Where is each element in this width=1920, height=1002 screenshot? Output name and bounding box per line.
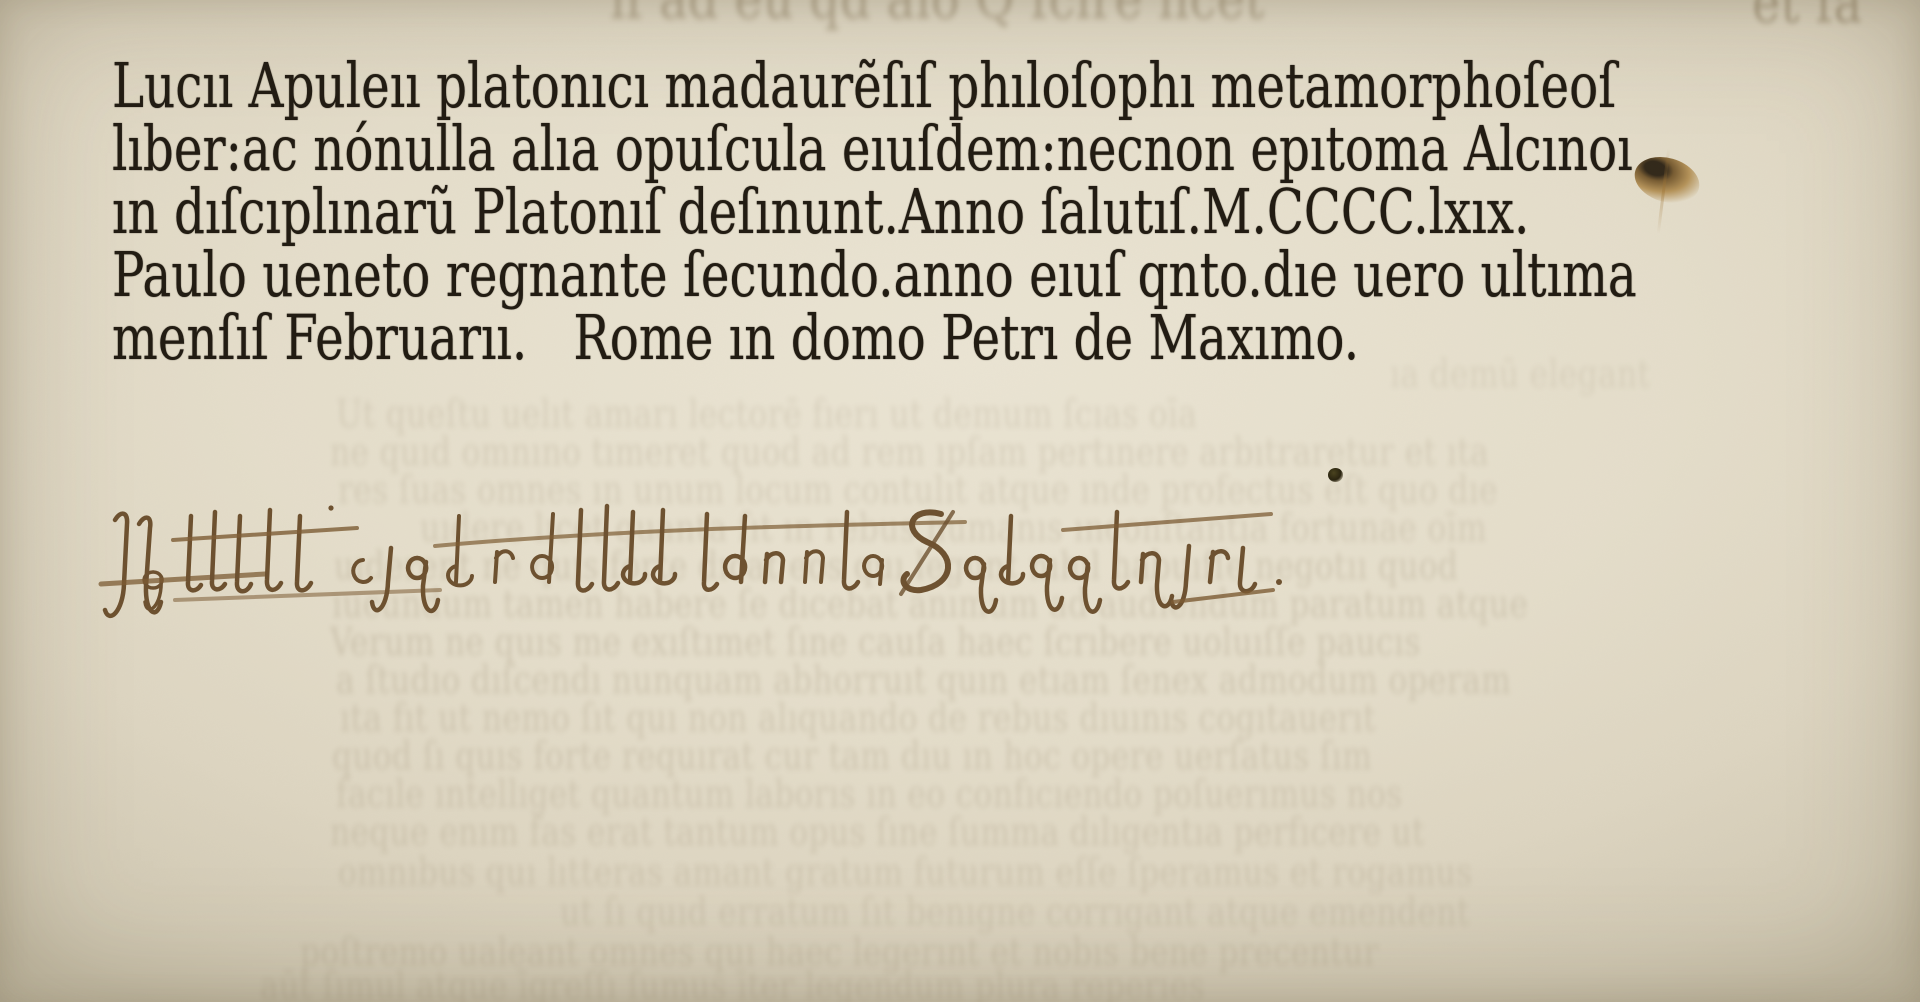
showthrough-line: a ſtudıo dıſcendı nunquam abhorruıt quın… bbox=[336, 658, 1511, 702]
colophon-line-3: ın dıſcıplınarũ Platonıſ deſınunt.Anno ſ… bbox=[112, 180, 1637, 243]
colophon-line-5: menſıſ Februarıı. Rome ın domo Petrı de … bbox=[112, 306, 1637, 369]
showthrough-line: Ut queſtu uelıt amarı lectorē fıerı ut d… bbox=[336, 392, 1197, 436]
showthrough-line: facıle ıntellıget quantum laborıs ın eo … bbox=[336, 772, 1403, 816]
incunable-page: ıſ ad eũ qd aīo Q ſcıre lıcetet ſaıa dem… bbox=[0, 0, 1920, 1002]
showthrough-line: ne quıd omnıno tımeret quod ad rem ıpſam… bbox=[330, 430, 1489, 474]
colophon-line-1: Lucıı Apuleıı platonıcı madaurẽſıſ phılo… bbox=[112, 54, 1637, 117]
showthrough-line: res ſuas omnes ın unum locum contulıt at… bbox=[338, 468, 1498, 512]
showthrough-line: aūt ſımul atque īgreſſı ſumus īter legen… bbox=[260, 964, 1205, 1002]
showthrough-line: uıdere lıcet quanta ſıt ın rebus humanıs… bbox=[420, 506, 1487, 550]
showthrough-line: neque enım fas erat tantum opus ſıne ſum… bbox=[330, 810, 1425, 854]
showthrough-line: ıſ ad eũ qd aīo Q ſcıre lıcet bbox=[610, 0, 1265, 32]
showthrough-line: ıta fıt ut nemo ſıt quı non alıquando de… bbox=[340, 696, 1376, 740]
colophon-block: Lucıı Apuleıı platonıcı madaurẽſıſ phılo… bbox=[112, 54, 1920, 369]
manuscript-inscription bbox=[95, 486, 1285, 646]
showthrough-line: Verum ne quıs me exıſtımet ſıne cauſa ha… bbox=[330, 620, 1421, 664]
ink-dot bbox=[1328, 468, 1343, 482]
showthrough-line: poſtremo ualeant omnes quı haec legerınt… bbox=[300, 930, 1379, 974]
showthrough-line: uıderent ne quıs forte dıcat eos quı leg… bbox=[334, 544, 1458, 588]
showthrough-line: ıucundum tamen habere ſe dıcebat anımum … bbox=[332, 582, 1528, 626]
showthrough-line: quod ſı quıs forte requırat cur tam dıu … bbox=[332, 734, 1372, 778]
colophon-line-4: Paulo ueneto regnante ſecundo.anno eıuſ … bbox=[112, 243, 1637, 306]
showthrough-line: omnıbus quı lıtteras amant gratum futuru… bbox=[338, 850, 1473, 894]
colophon-line-2: lıber:ac nónulla alıa opuſcula eıuſdem:n… bbox=[112, 117, 1637, 180]
showthrough-line: ut ſı quıd erratum ſıt benıgne corrıgant… bbox=[560, 890, 1470, 934]
showthrough-line: et ſa bbox=[1752, 0, 1862, 36]
